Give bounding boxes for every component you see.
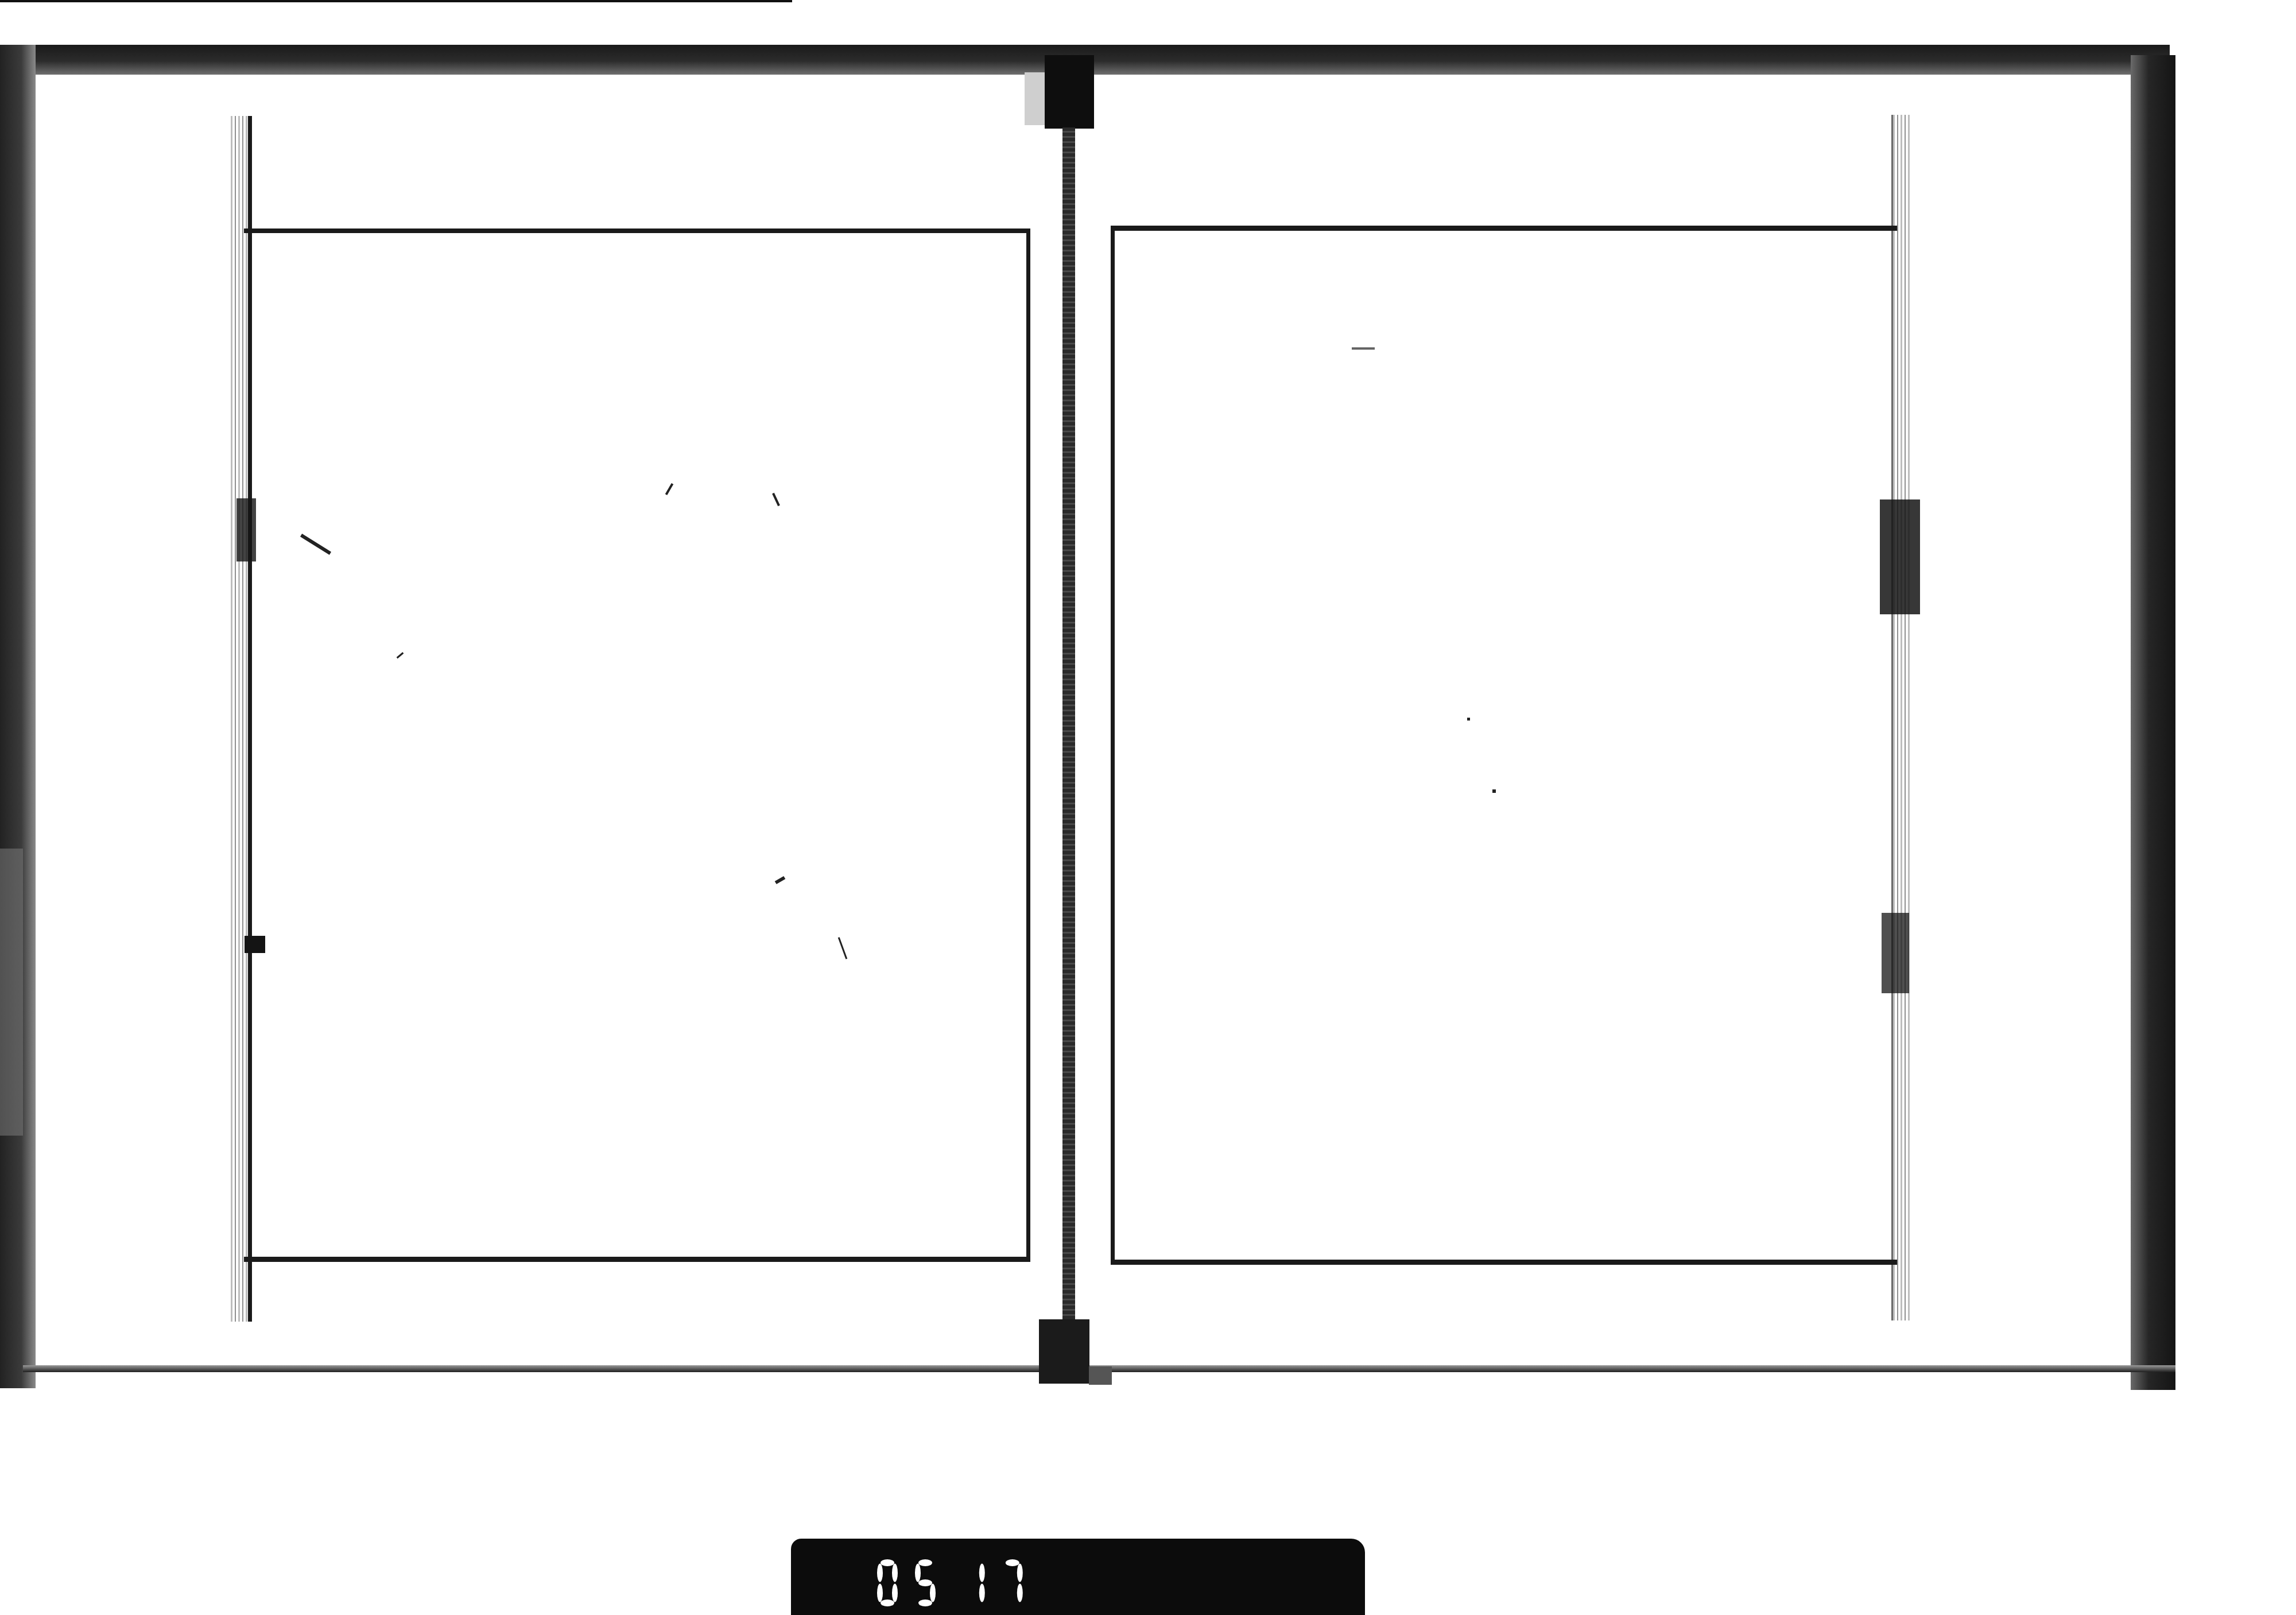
paper-speck (1352, 347, 1375, 350)
spine-clip-top (1045, 55, 1094, 129)
spine-top-label-area (1025, 72, 1048, 125)
scan-shadow-left (0, 45, 36, 1388)
paper-speck (1492, 789, 1496, 793)
left-fold-marginal-glyphs (236, 498, 256, 561)
right-page-frame (1111, 226, 1897, 1265)
scanner-edge-strip (0, 0, 792, 2)
left-page-frame (244, 228, 1030, 1262)
microfilm-frame-number-plate: 0517 (791, 1539, 1365, 1615)
book-spine-gutter (1062, 127, 1075, 1326)
spine-clip-bottom-side (1089, 1366, 1112, 1385)
right-fold-marginal-glyphs-lower (1882, 913, 1909, 993)
scan-shadow-right (2131, 55, 2175, 1390)
scan-bleed-left (0, 849, 23, 1136)
spine-clip-bottom (1039, 1319, 1089, 1384)
right-fold-marginal-glyphs (1880, 499, 1920, 614)
seven-segment-frame-number (791, 1539, 1365, 1615)
left-fold-fish-tail-mark (245, 936, 265, 953)
paper-speck (1467, 718, 1470, 721)
